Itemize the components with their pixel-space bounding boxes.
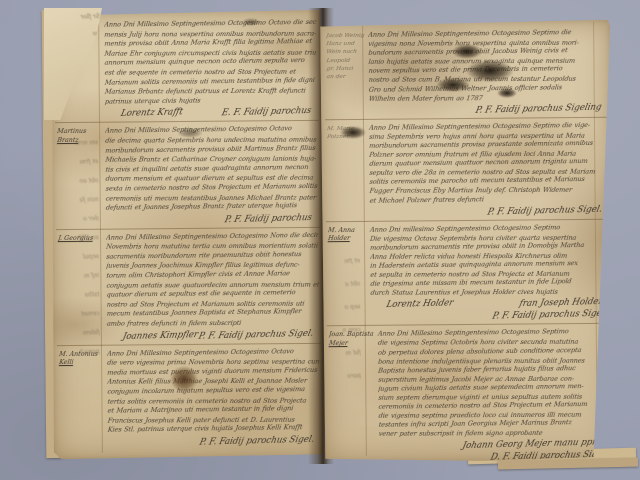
signature: P. F. Faidij parochus <box>224 213 313 225</box>
handwriting-line: mentis provisa obiit Anna Maria Krafft f… <box>104 37 317 49</box>
margin-note-line: M. Anna <box>327 226 366 235</box>
margin-note-line: J. Georgius <box>57 234 102 243</box>
ink-smudge <box>177 128 203 138</box>
margin-note-line: Kelli <box>59 359 104 368</box>
entry-text-block: Anno Dni Millesimo Septingentesimo Octog… <box>103 231 321 345</box>
handwriting-line: torum olim Christophori Kimpfler civis e… <box>106 269 319 281</box>
signature: P. F. Faidij parochus Sigel. <box>486 204 603 217</box>
signature-row: Joannes KimpflerP. F. Faidij parochus Si… <box>107 327 319 341</box>
margin-note-line: Holder <box>327 235 366 244</box>
signature-row: P. F. Faidij parochus Sigel. <box>371 308 609 322</box>
margin-note-line: Martinus <box>57 128 102 137</box>
handwriting-line: et Mariam a Matrijneo uti mecum testantu… <box>107 404 320 416</box>
margin-note-line: Leopold <box>326 56 365 65</box>
burial-register-entry: Joan. BaptistaMejerAnno Dni Millesimo Se… <box>327 323 612 462</box>
burial-register-entry: J. GeorgiusAnno Dni Millesimo Septingent… <box>56 227 321 345</box>
register-entries-right: Jacob WeinigHanz undWein nachLeopoldgr. … <box>324 25 612 459</box>
signature: Lorentz Krafft <box>120 108 184 120</box>
entry-text-block: Anno Dni Millesimo Septingentesimo Octog… <box>366 121 610 221</box>
signature-row: Lorentz KrafftE. F. Faidij parochus <box>105 105 317 119</box>
ink-blot <box>466 60 514 82</box>
margin-name-note: M. AnnaHolder <box>326 224 368 325</box>
ink-smudge <box>242 18 260 26</box>
margin-name-note: M. AntoniusKelli <box>57 348 105 451</box>
archive-photo-background: sm nrmet frmobt aomin fader oao 178sepul… <box>0 0 640 480</box>
ink-blot <box>340 126 366 139</box>
margin-note-line: Wein nach <box>326 48 365 57</box>
entry-text-block: Anno Dni Millesimo Septingentesimo Octog… <box>102 124 320 228</box>
margin-note-line: M. Antonius <box>59 350 104 359</box>
margin-note-line: Brantz <box>57 136 102 145</box>
signature: P. F. Faidij parochus Sigel. <box>198 435 315 448</box>
signature: P. F. Faidij parochus Sigeling <box>474 102 602 115</box>
ink-blot <box>452 44 482 59</box>
handwriting-line: sexta in cemeterio nostro ad Stos Projec… <box>105 182 318 194</box>
manuscript-page-left: sm nrmet frmobt aomin fader oao 178sepul… <box>50 10 324 459</box>
margin-name-note: J. Georgius <box>56 232 104 344</box>
signature: P. F. Faidij parochus Sigel. <box>197 329 314 342</box>
handwriting-line: Wilhelm den Mater forum ao 1787 <box>368 93 607 103</box>
margin-name-note: Jacob WeinigHanz undWein nachLeopoldgr. … <box>324 30 366 119</box>
faded-scribble: Sr flor <box>48 13 100 22</box>
handwriting-line: durch Statua Laurentius et Josephus Hold… <box>370 288 609 298</box>
margin-note-line: an der <box>326 73 365 82</box>
signature: Joannes Kimpfler <box>122 330 199 342</box>
handwriting-line: quatuor dierum et sepultus est die seque… <box>106 288 319 300</box>
faded-scribble: ao <box>48 30 100 39</box>
margin-note-line: Mejer <box>328 339 374 348</box>
entry-text-block: Anno Dni Millesimo Septingentesimo Octog… <box>374 327 612 462</box>
margin-note-line: Joan. Baptista <box>328 331 374 340</box>
burial-register-entry: M. AntoniusKelliAnno Dni Millesimo Septi… <box>57 342 322 451</box>
handwriting-line: conjugum incolarum hujatum sepultus vero… <box>107 385 320 397</box>
signature-row: P. F. Faidij parochus Sigel. <box>108 434 320 448</box>
handwriting-line: ambo fratres defuncti in fidem subscript… <box>106 319 319 330</box>
ink-blot <box>497 88 517 98</box>
entry-text-block: Anno Dni Millesimo Septingentesimo Octog… <box>104 346 322 450</box>
margin-name-note: Joan. BaptistaMejer <box>327 329 376 462</box>
entry-text-block: Anno Dni millesimo Septingentesimo Octog… <box>367 222 611 325</box>
margin-name-note: MartinusBrantz <box>55 126 103 229</box>
stain-blot <box>170 366 198 392</box>
ink-blot <box>436 78 470 92</box>
handwriting-line: Anno Dni Millesimo Septingentesimo Octog… <box>104 18 317 30</box>
signature-row: P. F. Faidij parochus <box>106 212 318 226</box>
handwriting-line: Anno Dni millesimo Septingentesimo Octog… <box>369 222 608 234</box>
entry-text-block: Anno Dni Millesimo Septingentesimo Octog… <box>101 18 319 122</box>
burial-register-entry: M. MariaPolznerAnno Dni Millesimo Septin… <box>325 117 610 221</box>
signature: P. F. Faidij parochus Sigel. <box>491 309 608 322</box>
burial-register-entry: M. AnnaHolderAnno Dni millesimo Septinge… <box>326 218 611 325</box>
signature: E. F. Faidij parochus <box>221 106 313 118</box>
